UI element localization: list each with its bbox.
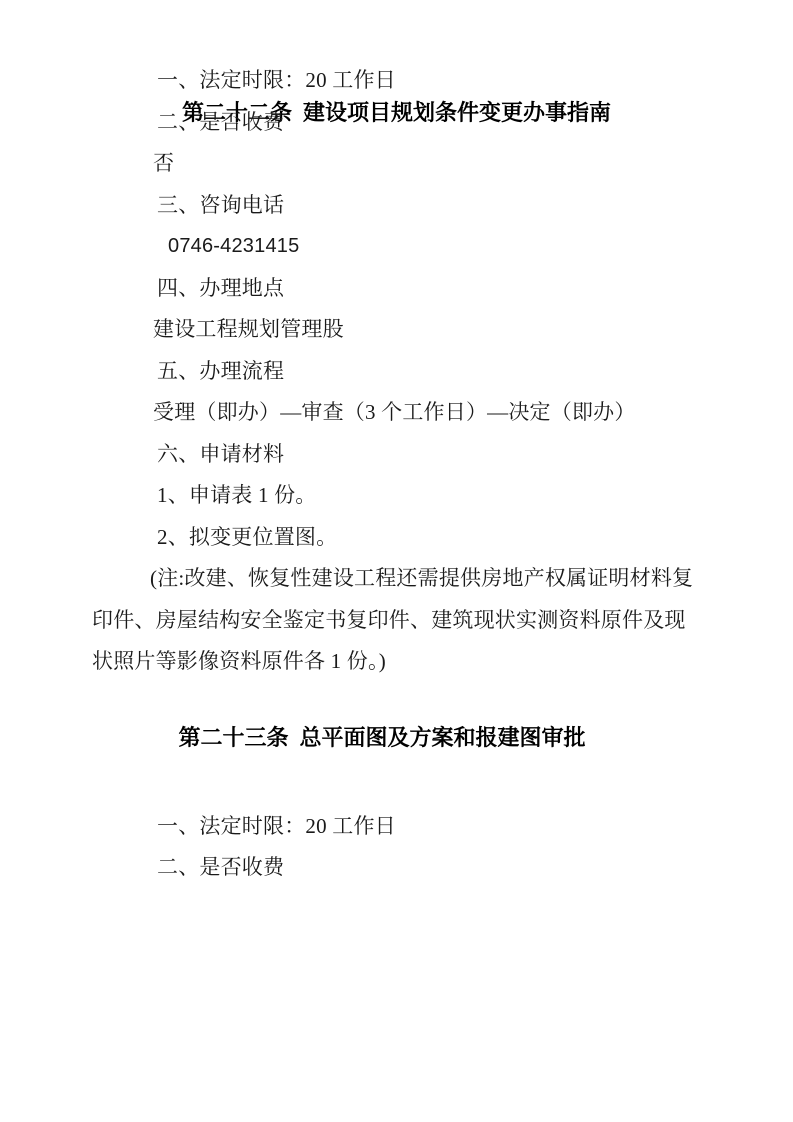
doc-line: (注:改建、恢复性建设工程还需提供房地产权属证明材料复 [92, 558, 672, 600]
doc-line: 五、办理流程 [92, 351, 672, 393]
article-22-body: 一、法定时限：20 工作日 二、是否收费 否 三、咨询电话 0746-42314… [92, 60, 672, 683]
doc-line: 否 [92, 143, 672, 185]
doc-line: 一、法定时限：20 工作日 [92, 806, 672, 848]
doc-line: 二、是否收费 [92, 102, 672, 144]
document-content: 一、法定时限：20 工作日 二、是否收费 否 三、咨询电话 0746-42314… [92, 0, 672, 889]
doc-line: 二、是否收费 [92, 847, 672, 889]
doc-line: 三、咨询电话 [92, 185, 672, 227]
doc-line: 受理（即办）—审查（3 个工作日）—决定（即办） [92, 392, 672, 434]
article-23-body: 一、法定时限：20 工作日 二、是否收费 [92, 806, 672, 889]
document-page: 第二十二条建设项目规划条件变更办事指南 一、法定时限：20 工作日 二、是否收费… [0, 0, 793, 1122]
doc-line: 四、办理地点 [92, 268, 672, 310]
article-23-heading: 第二十三条总平面图及方案和报建图审批 [92, 725, 672, 751]
doc-line: 六、申请材料 [92, 434, 672, 476]
doc-line: 一、法定时限：20 工作日 [92, 60, 672, 102]
article-23-title: 总平面图及方案和报建图审批 [300, 725, 586, 750]
doc-line: 建设工程规划管理股 [92, 309, 672, 351]
doc-line: 状照片等影像资料原件各 1 份。) [92, 641, 672, 683]
doc-line: 2、拟变更位置图。 [92, 517, 672, 559]
article-23-number: 第二十三条 [178, 725, 288, 751]
doc-line: 0746-4231415 [92, 226, 672, 268]
doc-line: 印件、房屋结构安全鉴定书复印件、建筑现状实测资料原件及现 [92, 600, 672, 642]
doc-line: 1、申请表 1 份。 [92, 475, 672, 517]
